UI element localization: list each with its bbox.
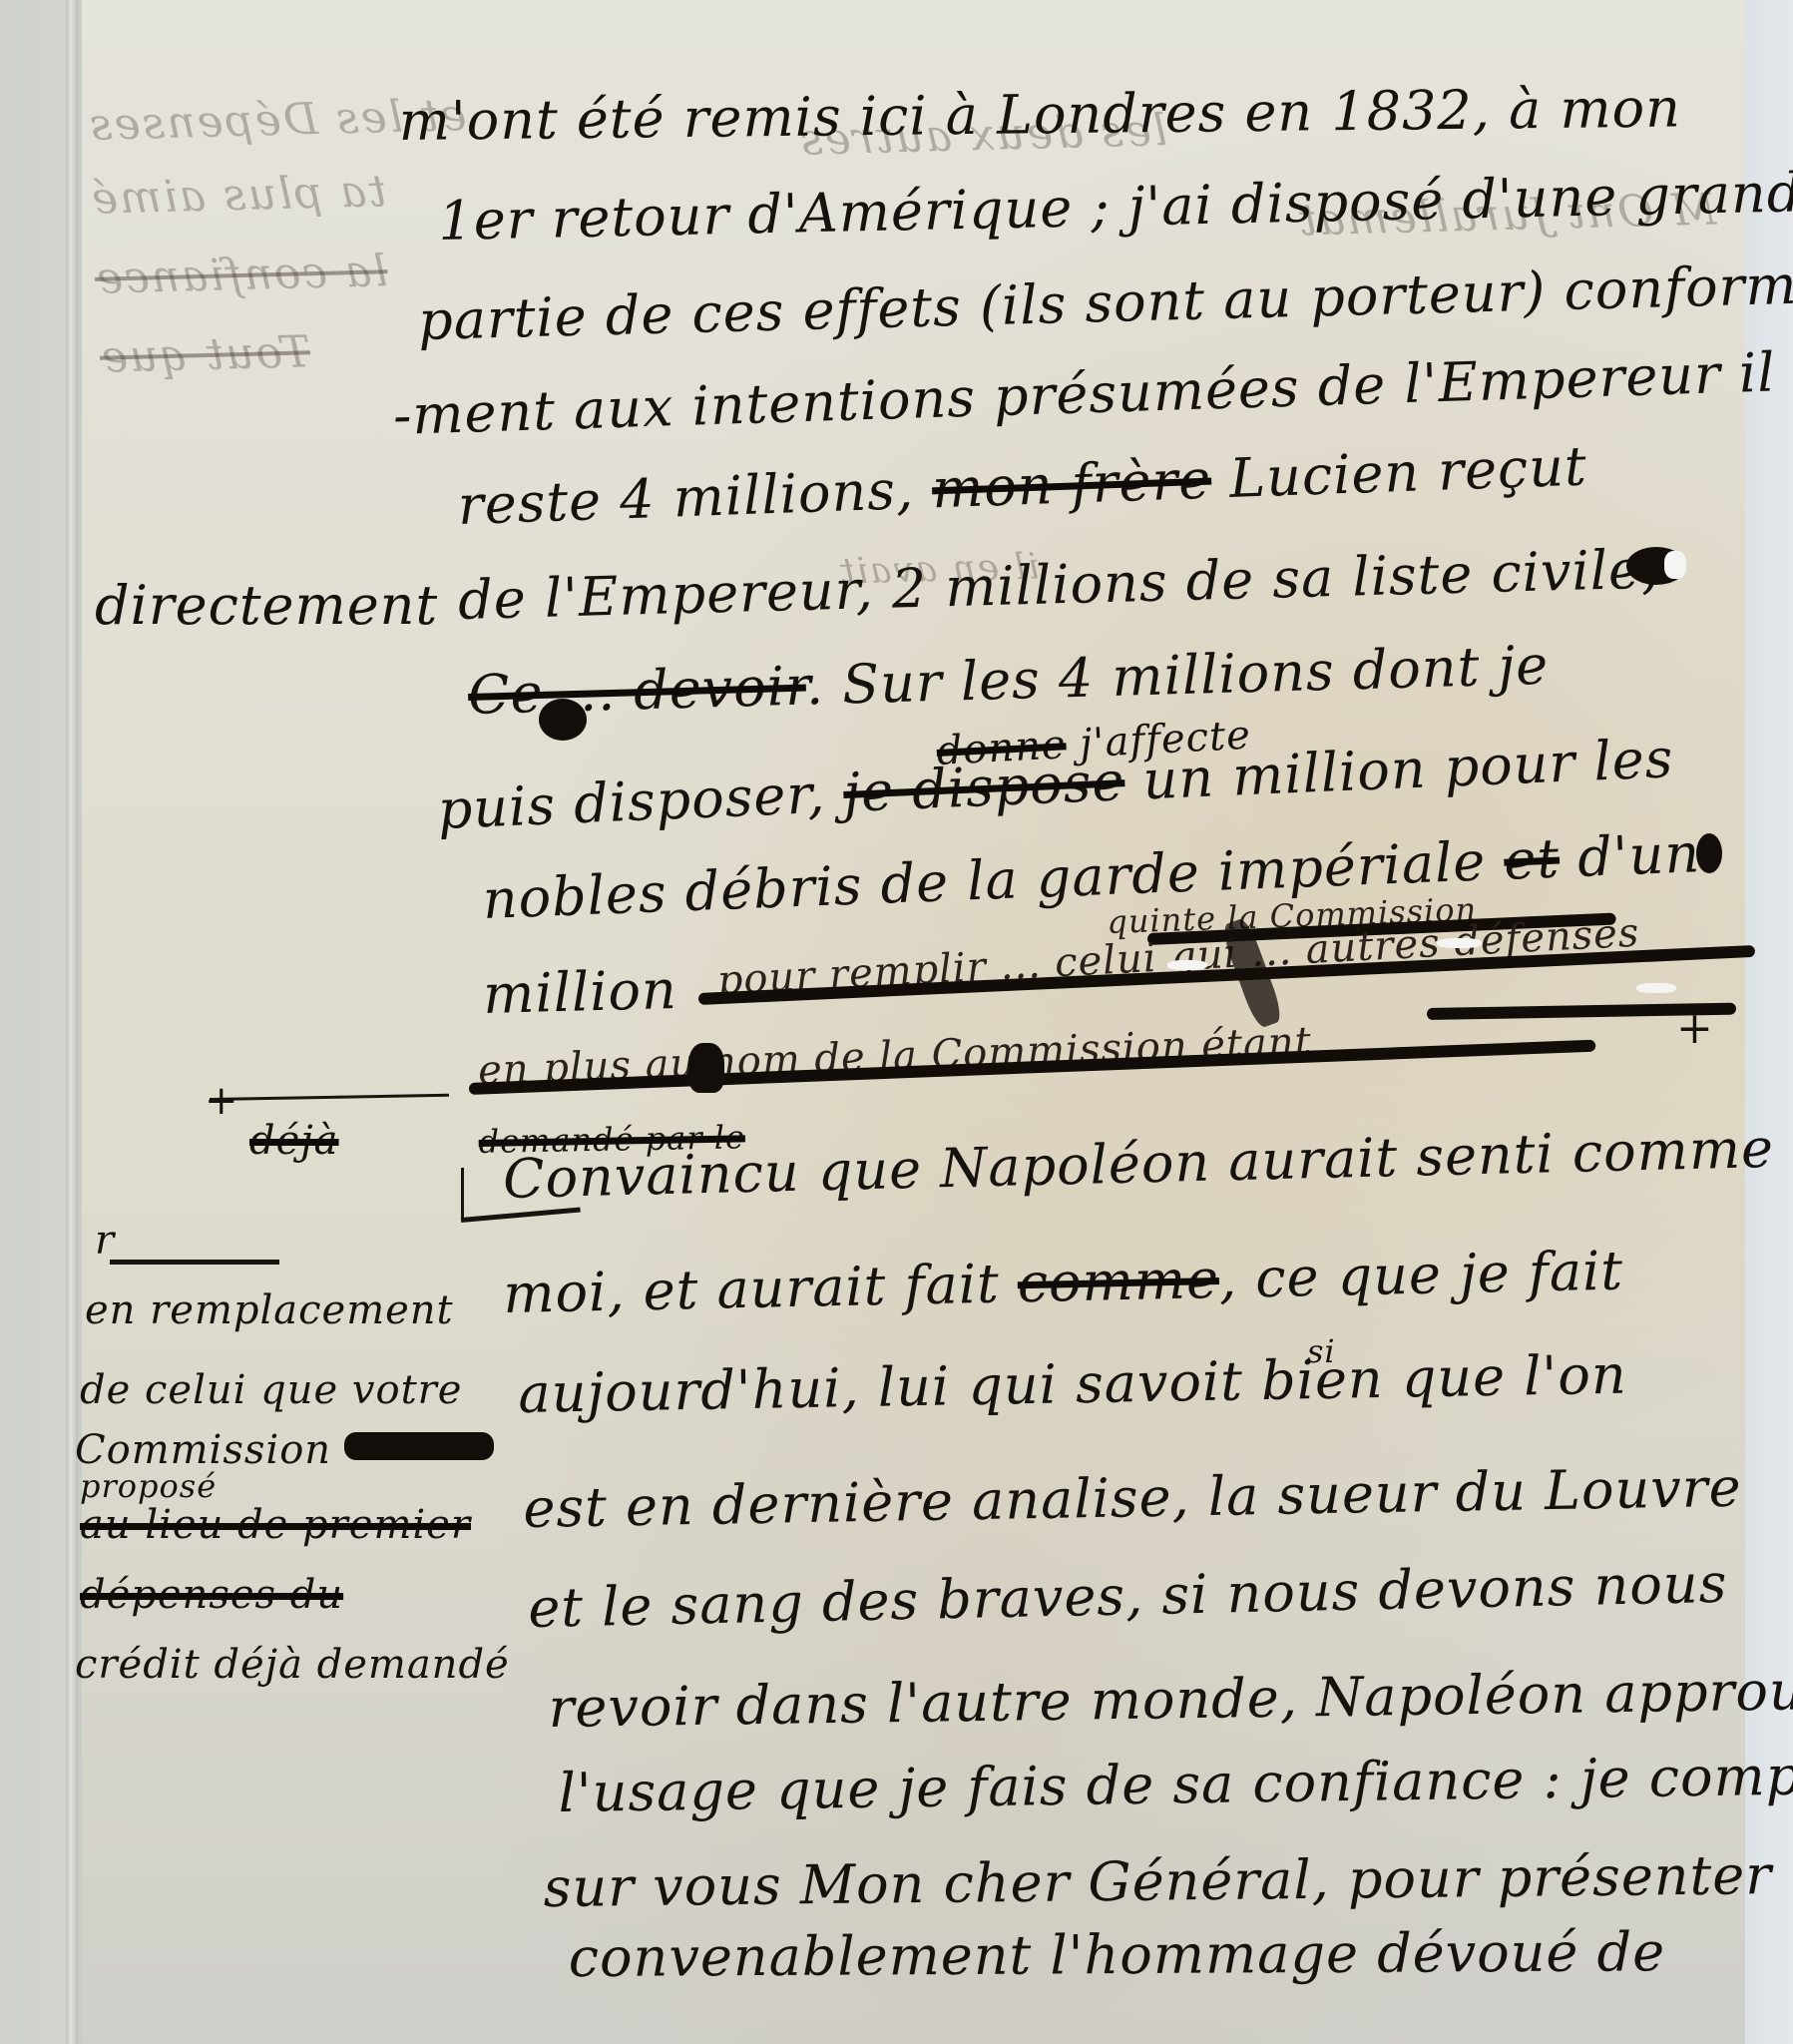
margin-note-struck: au lieu de premier <box>80 1502 471 1548</box>
bleed-through-text: ta plus aimé <box>89 166 386 225</box>
struck-text: au lieu de premier <box>80 1502 471 1548</box>
struck-text: déjà <box>249 1118 339 1164</box>
text-segment: d'un <box>1576 821 1701 889</box>
struck-text: et <box>1503 827 1561 892</box>
text-segment: Lucien reçut <box>1228 435 1588 510</box>
margin-note-struck: déjà <box>249 1118 339 1164</box>
margin-note: directement <box>95 574 438 637</box>
paper-hole <box>1664 551 1686 579</box>
text-segment: moi, et aurait fait <box>503 1253 1001 1325</box>
margin-note: proposé <box>80 1467 217 1505</box>
bleed-through-text: Tout que <box>99 326 310 383</box>
struck-text: Ce ... devoir <box>467 655 806 727</box>
margin-note: en remplacement <box>85 1287 454 1333</box>
insertion-mark: + <box>1676 1003 1714 1054</box>
margin-note: de celui que votre <box>80 1367 462 1413</box>
struck-text: je dispose <box>842 750 1126 824</box>
margin-note: r <box>95 1218 115 1264</box>
insertion-mark: + <box>205 1078 239 1124</box>
struck-text: dépenses du <box>80 1572 343 1618</box>
text-line: convenablement l'hommage dévoué de <box>569 1920 1666 1989</box>
text-line: sur vous Mon cher Général, pour présente… <box>543 1843 1772 1919</box>
ink-blot <box>539 699 587 741</box>
text-line: m'ont été remis ici à Londres en 1832, à… <box>398 77 1681 153</box>
page-fold <box>66 0 78 2044</box>
margin-rule <box>110 1260 279 1265</box>
text-segment: une grande <box>1513 161 1793 231</box>
text-line: million <box>482 958 677 1026</box>
paper-hole <box>1167 960 1207 970</box>
struck-text: mon frère <box>931 448 1212 521</box>
struck-text: comme <box>1017 1248 1219 1314</box>
paper-hole <box>1437 938 1482 948</box>
bracket-mark <box>461 1168 464 1218</box>
margin-note: crédit déjà demandé <box>75 1642 510 1688</box>
ink-blot <box>1696 833 1722 873</box>
ink-blot <box>688 1043 724 1093</box>
ink-blot <box>344 1432 494 1460</box>
bleed-through-text: la confiance <box>94 246 388 304</box>
text-segment: , ce que je fait <box>1218 1239 1623 1309</box>
paper-hole <box>1636 983 1676 993</box>
margin-note-struck: dépenses du <box>80 1572 343 1618</box>
